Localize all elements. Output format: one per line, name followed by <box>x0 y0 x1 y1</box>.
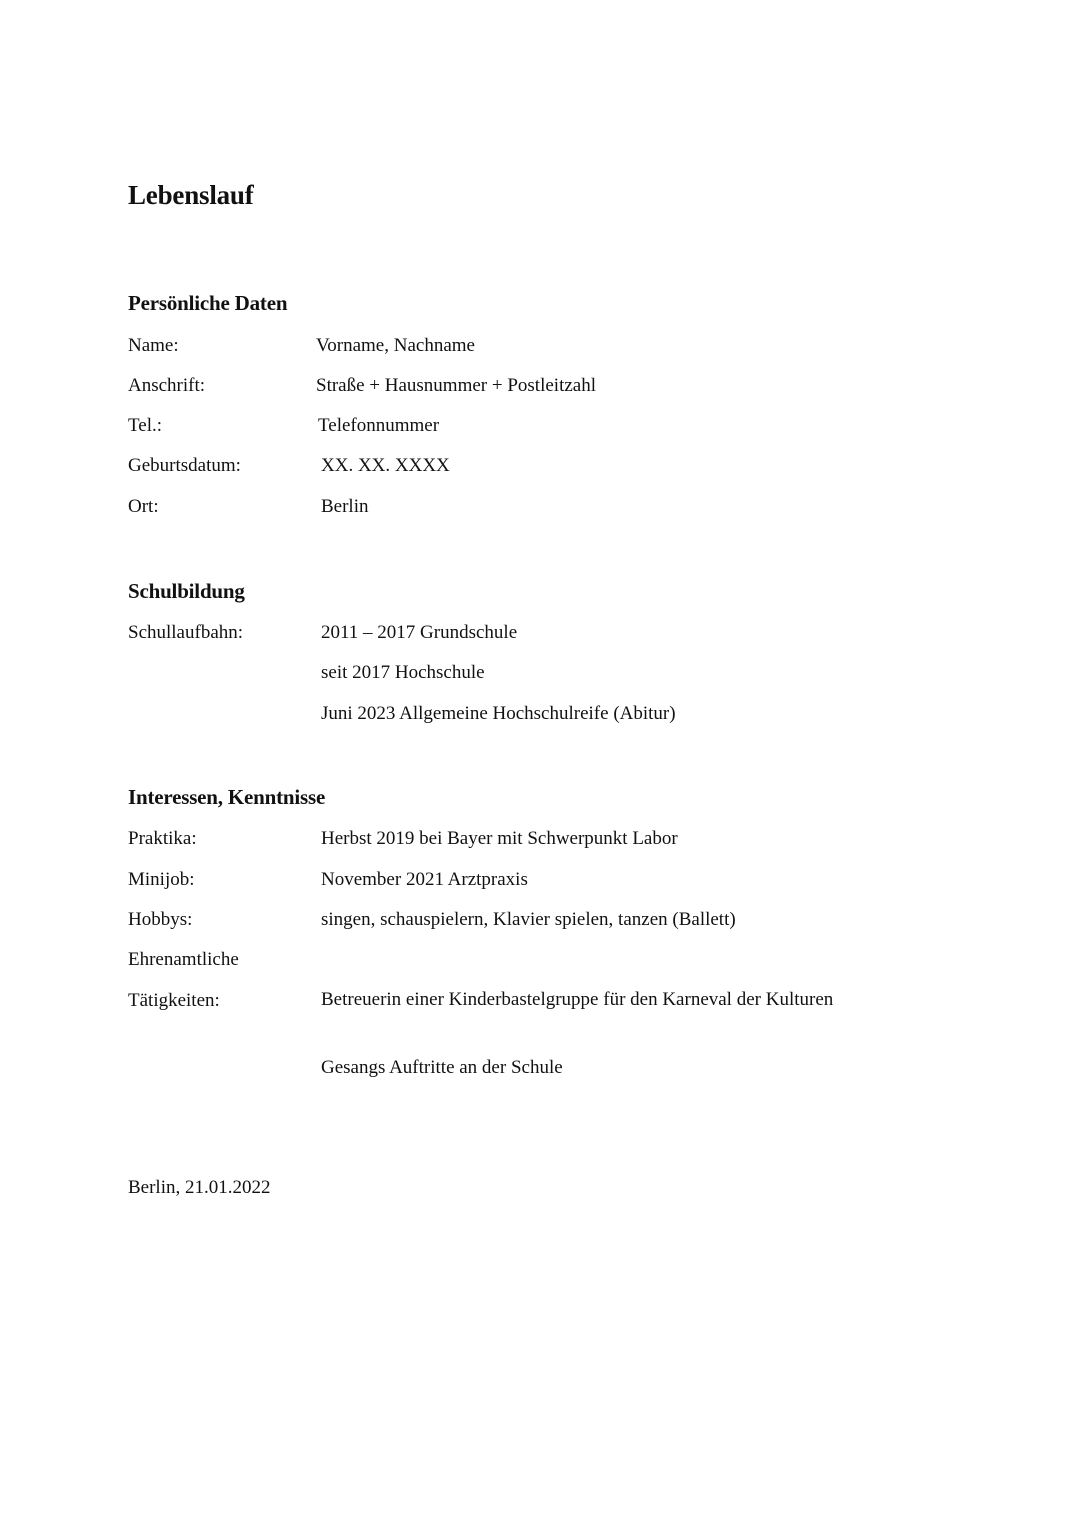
value-minijob: November 2021 Arztpraxis <box>321 869 528 891</box>
label-place: Ort: <box>128 496 159 518</box>
section-heading-personal: Persönliche Daten <box>128 291 287 316</box>
value-place: Berlin <box>321 496 369 518</box>
label-phone: Tel.: <box>128 415 162 437</box>
label-name: Name: <box>128 335 179 357</box>
label-birthdate: Geburtsdatum: <box>128 455 241 477</box>
value-hobbies: singen, schauspielern, Klavier spielen, … <box>321 909 736 931</box>
label-address: Anschrift: <box>128 375 205 397</box>
place-date-signature: Berlin, 21.01.2022 <box>128 1177 271 1199</box>
volunteer-entry: Gesangs Auftritte an der Schule <box>321 1057 563 1079</box>
page-title: Lebenslauf <box>128 180 254 211</box>
value-phone: Telefonnummer <box>318 415 439 437</box>
school-entry: Juni 2023 Allgemeine Hochschulreife (Abi… <box>321 703 676 725</box>
label-internships: Praktika: <box>128 828 197 850</box>
label-volunteer-line2: Tätigkeiten: <box>128 990 220 1012</box>
school-entry: seit 2017 Hochschule <box>321 662 485 684</box>
label-school-career: Schullaufbahn: <box>128 622 243 644</box>
label-volunteer-line1: Ehrenamtliche <box>128 949 239 971</box>
value-name: Vorname, Nachname <box>316 335 475 357</box>
value-address: Straße + Hausnummer + Postleitzahl <box>316 375 596 397</box>
label-minijob: Minijob: <box>128 869 195 891</box>
value-internships: Herbst 2019 bei Bayer mit Schwerpunkt La… <box>321 828 678 850</box>
school-entry: 2011 – 2017 Grundschule <box>321 622 517 644</box>
value-birthdate: XX. XX. XXXX <box>321 455 450 477</box>
volunteer-entry: Betreuerin einer Kinderbastelgruppe für … <box>321 987 881 1013</box>
section-heading-school: Schulbildung <box>128 579 245 604</box>
label-hobbies: Hobbys: <box>128 909 192 931</box>
section-heading-interests: Interessen, Kenntnisse <box>128 785 325 810</box>
